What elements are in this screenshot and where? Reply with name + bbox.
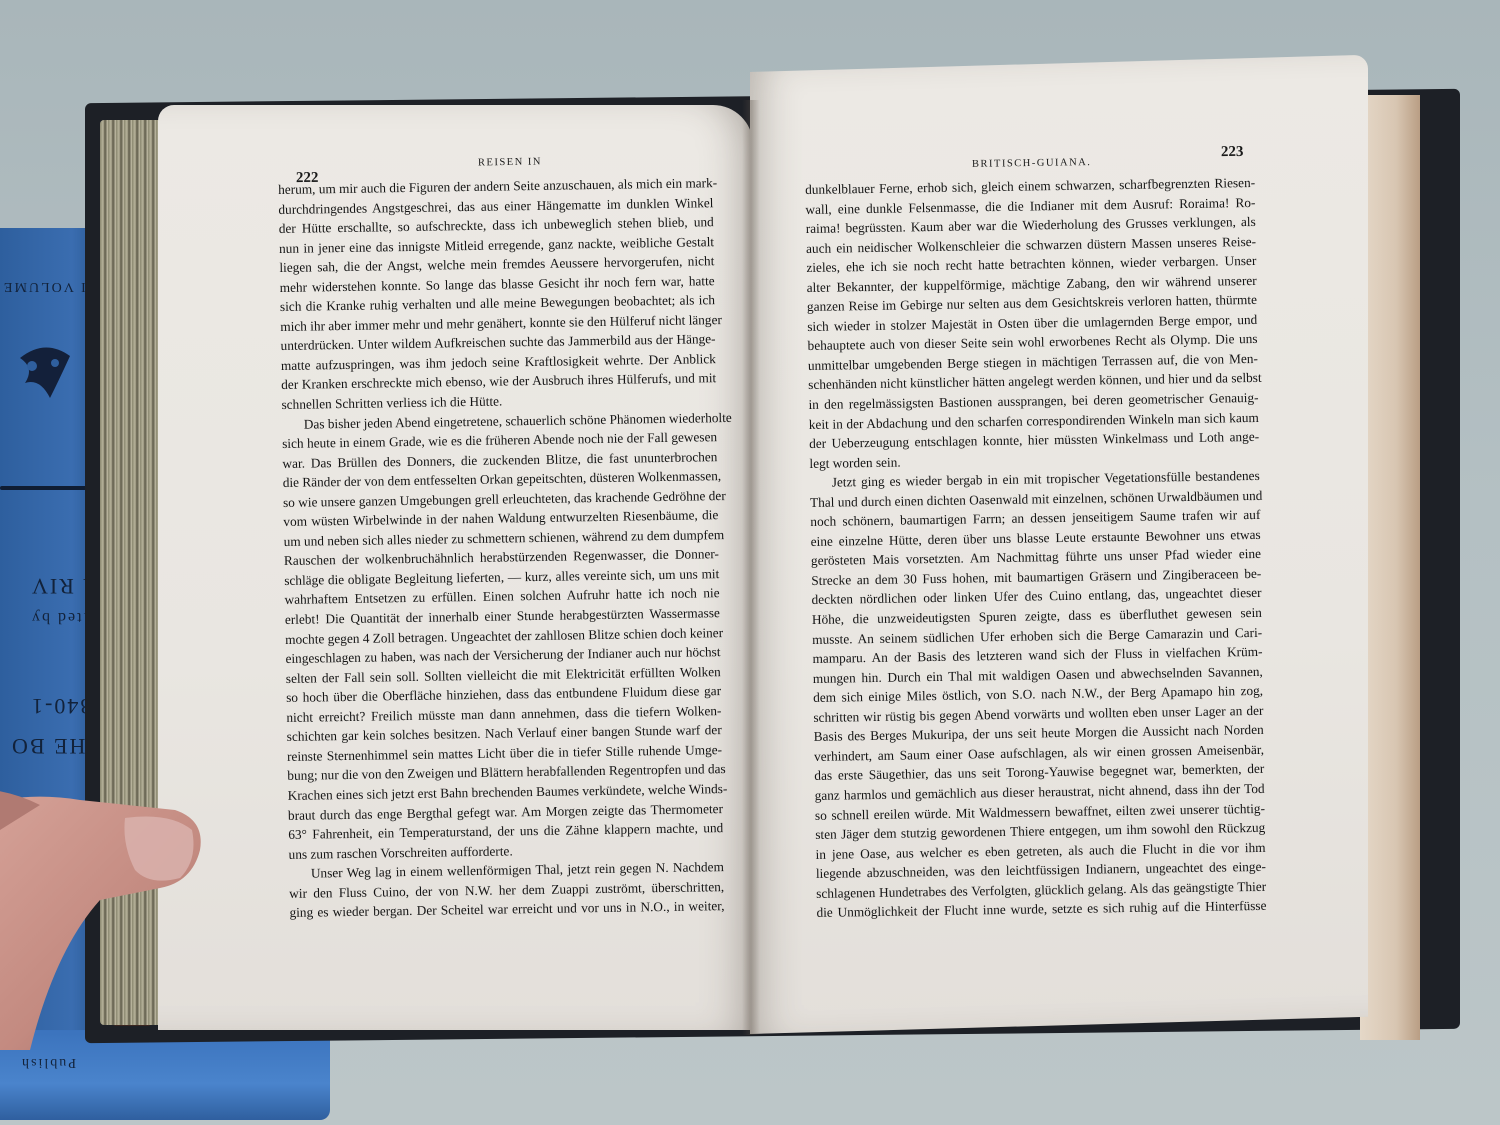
right-page-body: dunkelblauer Ferne, erhob sich, gleich e… xyxy=(805,173,1267,923)
right-running-head: BRITISCH-GUIANA. xyxy=(972,157,1092,170)
left-running-head: REISEN IN xyxy=(478,156,542,168)
floral-ornament-icon xyxy=(10,338,80,408)
page-edges-right xyxy=(1360,95,1420,1040)
right-page-number: 223 xyxy=(1221,144,1244,161)
thumb-hand xyxy=(0,790,210,1050)
spine-series-text: HE BO xyxy=(10,733,85,759)
book-gutter xyxy=(742,100,760,1035)
left-page-body: herum, um mir auch die Figuren der ander… xyxy=(278,173,725,923)
spine-ornament-rule xyxy=(0,486,95,490)
publisher-text: Publish xyxy=(20,1054,76,1070)
